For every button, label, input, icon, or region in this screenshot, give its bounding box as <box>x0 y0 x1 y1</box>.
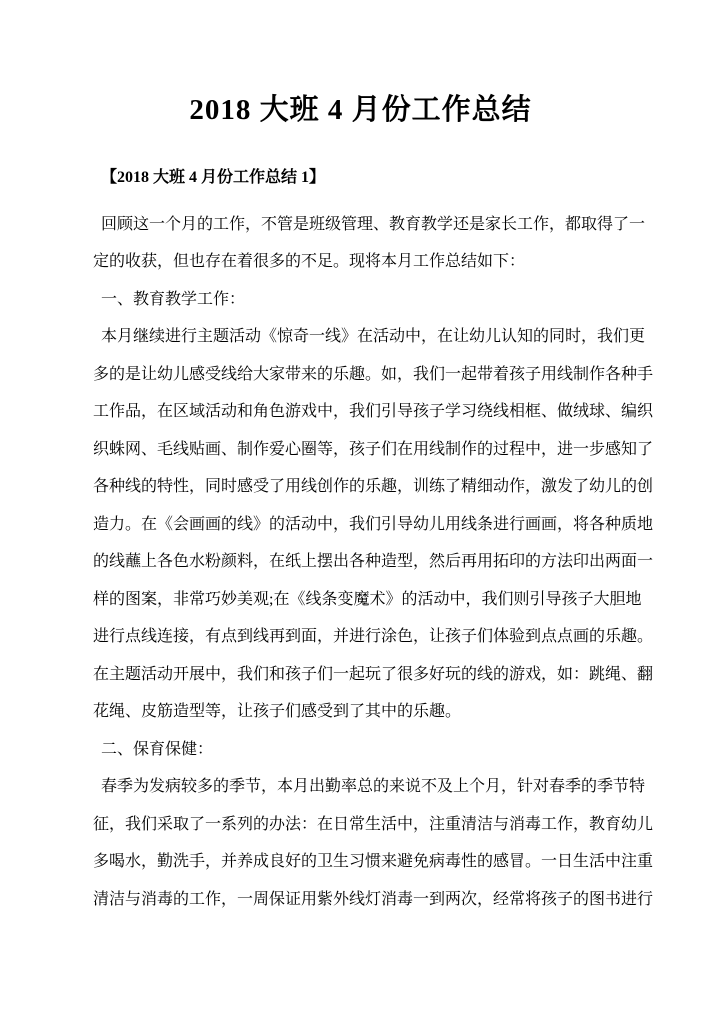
text-line: 造力。在《会画画的线》的活动中，我们引导幼儿用线条进行画画，将各种质地 <box>93 506 628 544</box>
document-title: 2018 大班 4 月份工作总结 <box>0 0 721 130</box>
text-line: 多的是让幼儿感受线给大家带来的乐趣。如，我们一起带着孩子用线制作各种手 <box>93 356 628 394</box>
text-line: 进行点线连接，有点到线再到面，并进行涂色，让孩子们体验到点点画的乐趣。 <box>93 618 628 656</box>
text-line: 清洁与消毒的工作，一周保证用紫外线灯消毒一到两次，经常将孩子的图书进行 <box>93 881 628 919</box>
text-line: 在主题活动开展中，我们和孩子们一起玩了很多好玩的线的游戏，如：跳绳、翻 <box>93 656 628 694</box>
document-body: 【2018 大班 4 月份工作总结 1】 回顾这一个月的工作，不管是班级管理、教… <box>93 159 628 918</box>
text-line: 定的收获，但也存在着很多的不足。现将本月工作总结如下： <box>93 243 628 281</box>
document-page: 2018 大班 4 月份工作总结 【2018 大班 4 月份工作总结 1】 回顾… <box>0 0 721 1020</box>
text-line: 回顾这一个月的工作，不管是班级管理、教育教学还是家长工作，都取得了一 <box>93 206 628 244</box>
text-line: 春季为发病较多的季节，本月出勤率总的来说不及上个月，针对春季的季节特 <box>93 768 628 806</box>
text-line: 样的图案，非常巧妙美观;在《线条变魔术》的活动中，我们则引导孩子大胆地 <box>93 581 628 619</box>
section-heading-education: 一、教育教学工作： <box>93 281 628 319</box>
text-line: 工作品，在区域活动和角色游戏中，我们引导孩子学习绕线相框、做绒球、编织 <box>93 393 628 431</box>
text-line: 的线蘸上各色水粉颜料，在纸上摆出各种造型，然后再用拓印的方法印出两面一 <box>93 543 628 581</box>
text-line: 征，我们采取了一系列的办法：在日常生活中，注重清洁与消毒工作，教育幼儿 <box>93 806 628 844</box>
section-heading-healthcare: 二、保育保健： <box>93 731 628 769</box>
text-line: 多喝水，勤洗手，并养成良好的卫生习惯来避免病毒性的感冒。一日生活中注重 <box>93 843 628 881</box>
document-subtitle: 【2018 大班 4 月份工作总结 1】 <box>93 159 628 197</box>
text-line: 各种线的特性，同时感受了用线创作的乐趣，训练了精细动作，激发了幼儿的创 <box>93 468 628 506</box>
text-line: 本月继续进行主题活动《惊奇一线》在活动中，在让幼儿认知的同时，我们更 <box>93 318 628 356</box>
text-line: 花绳、皮筋造型等，让孩子们感受到了其中的乐趣。 <box>93 693 628 731</box>
text-line: 织蛛网、毛线贴画、制作爱心圈等，孩子们在用线制作的过程中，进一步感知了 <box>93 431 628 469</box>
